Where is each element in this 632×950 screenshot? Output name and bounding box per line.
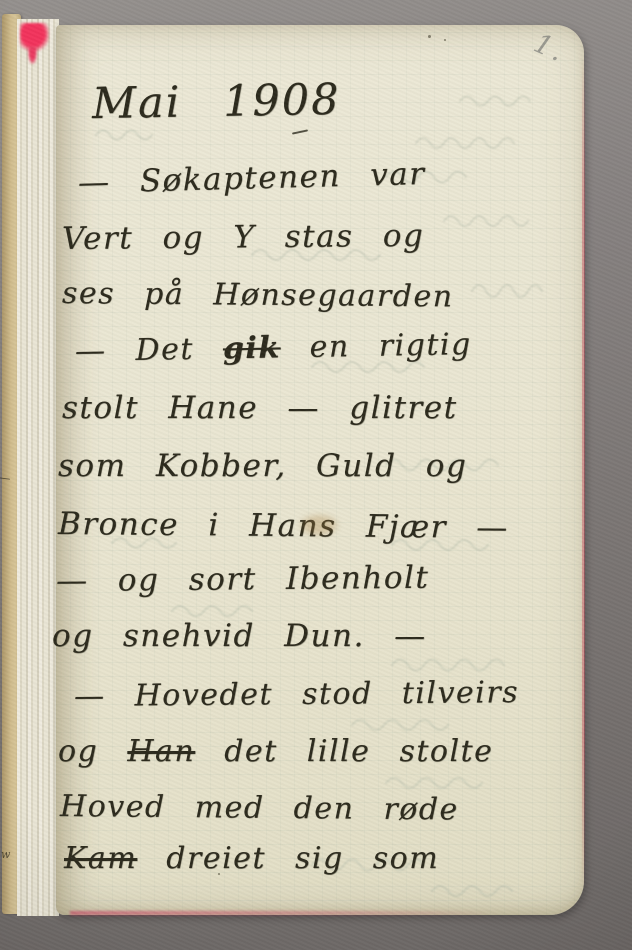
manuscript-line: som Kobber, Guld og — [58, 451, 467, 482]
manuscript-line: — Hovedet stod tilveirs — [74, 678, 519, 712]
ink-speck — [444, 39, 446, 41]
ink-speck — [218, 873, 220, 875]
manuscript-word: — Hovedet stod tilveirs — [74, 675, 519, 714]
page-edges-stack — [17, 19, 59, 916]
cover-pen-mark: w — [1, 848, 10, 861]
manuscript-word: — Det — [75, 331, 224, 369]
manuscript-heading: Mai 1908 — [92, 75, 341, 129]
red-dyed-bottom-edge — [70, 911, 500, 915]
manuscript-word: som Kobber, Guld og — [58, 448, 467, 484]
manuscript-word: Kam — [64, 841, 137, 876]
manuscript-word: Vert og Y stas og — [62, 218, 425, 257]
manuscript-page: 1. Mai 1908 — Søkaptenen varVert og Y st… — [56, 25, 584, 915]
manuscript-word: stolt Hane — glitret — [62, 390, 458, 426]
manuscript-word: gik — [223, 330, 281, 366]
manuscript-line: Hoved med den røde — [60, 792, 459, 825]
manuscript-line: og snehvid Dun. — — [52, 621, 427, 652]
manuscript-word: det lille stolte — [195, 734, 493, 769]
manuscript-word: Hoved med den røde — [60, 789, 459, 827]
manuscript-word: Han — [127, 734, 195, 769]
ink-speck — [428, 35, 431, 38]
manuscript-word: og — [58, 734, 127, 769]
manuscript-word: og snehvid Dun. — — [52, 618, 427, 654]
paper-stain — [298, 513, 340, 537]
manuscript-line: Kam dreiet sig som — [64, 844, 439, 874]
manuscript-word: — Søkaptenen var — [78, 156, 426, 201]
ink-flourish — [292, 129, 308, 134]
manuscript-word: dreiet sig som — [137, 841, 439, 876]
manuscript-line: stolt Hane — glitret — [62, 393, 458, 424]
manuscript-word: en rigtig — [280, 327, 472, 365]
manuscript-line: — Søkaptenen var — [78, 159, 426, 199]
manuscript-line: — Det gik en rigtig — [75, 330, 472, 367]
manuscript-word: — og sort Ibenholt — [56, 560, 430, 599]
manuscript-word: ses på Hønsegaarden — [62, 276, 454, 314]
manuscript-line: og Han det lille stolte — [58, 737, 493, 767]
notebook-photo: 1. Mai 1908 — Søkaptenen varVert og Y st… — [0, 0, 632, 950]
red-dyed-edge-drip — [28, 47, 37, 64]
manuscript-line: ses på Hønsegaarden — [62, 279, 454, 312]
manuscript-line: Vert og Y stas og — [62, 221, 425, 255]
manuscript-line: Bronce i Hans Fjær — — [58, 509, 509, 544]
manuscript-word: Bronce i Hans Fjær — — [58, 506, 509, 546]
page-number: 1. — [529, 28, 571, 69]
manuscript-line: — og sort Ibenholt — [56, 563, 430, 597]
